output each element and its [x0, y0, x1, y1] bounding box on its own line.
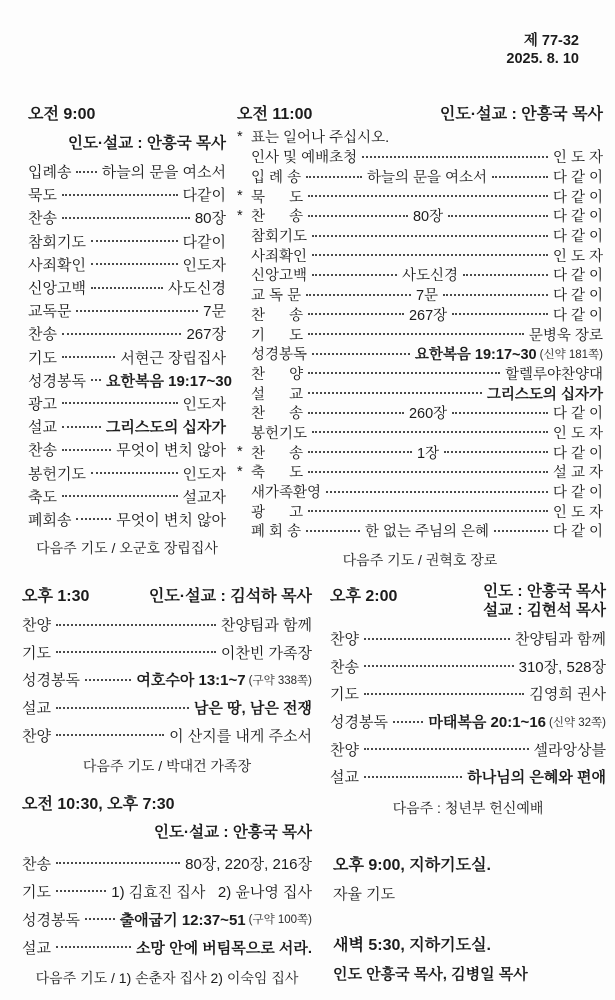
service-dawn: 새벽 5:30, 지하기도실. 인도 안흥국 목사, 김병일 목사: [333, 932, 613, 984]
order-row: *찬 송80장다 같 이: [237, 206, 603, 226]
order-item-label: 성경봉독: [22, 909, 80, 930]
order-item-label: 찬양: [330, 628, 359, 649]
order-item-value: 다 같 이: [553, 402, 603, 423]
dotted-leader: [393, 721, 423, 723]
dotted-leader: [76, 310, 198, 312]
order-item-value: 인 도 자: [553, 146, 603, 167]
dotted-leader: [306, 176, 362, 178]
order-row: 사죄확인인 도 자: [237, 245, 603, 265]
order-item-center: 1장: [417, 442, 439, 463]
order-row: 찬양찬양팀과 함께: [330, 625, 606, 653]
order-row: 찬송267장: [28, 322, 226, 345]
dotted-leader: [364, 748, 529, 750]
dotted-leader: [306, 294, 411, 296]
order-item-value: 할렐루야찬양대: [505, 363, 603, 384]
order-item-value: 다 같 이: [553, 225, 603, 246]
page-ref: (구약 100쪽): [249, 911, 312, 927]
order-item-label: 성경봉독: [330, 711, 388, 732]
order-item-center: 요한복음 19:17~30: [415, 343, 537, 364]
stand-note: * 표는 일어나 주십시오.: [237, 126, 603, 147]
page-ref: (신약 181쪽): [540, 346, 603, 362]
order-item-value: 남은 땅, 남은 전쟁: [194, 697, 312, 718]
order-item-label: 사죄확인: [28, 254, 86, 275]
service-pm9: 오후 9:00, 지하기도실. 자율 기도: [333, 852, 605, 904]
service-time: 오전 11:00: [237, 101, 312, 124]
order-row: 교독문7문: [28, 299, 226, 322]
order-row: 새가족환영다 같 이: [237, 482, 603, 502]
order-row: 기 도문병욱 장로: [237, 324, 603, 344]
order-row: 입 례 송하늘의 문을 여소서다 같 이: [237, 167, 603, 187]
order-item-label: 폐회송: [28, 509, 71, 530]
order-row: 설교하나님의 은혜와 편애: [330, 763, 606, 791]
order-row: 광고인도자: [28, 392, 226, 415]
order-item-value: 그리스도의 십자가: [106, 416, 226, 437]
order-item-value: 여호수아 13:1~7: [136, 669, 245, 690]
order-item-center: 7문: [416, 284, 438, 305]
order-item-value: 소망 안에 버팀목으로 서라.: [136, 937, 312, 958]
dotted-leader: [306, 530, 360, 532]
order-item-label: 설교: [28, 416, 57, 437]
order-row: 참회기도다같이: [28, 230, 226, 253]
dotted-leader: [76, 518, 111, 520]
dotted-leader: [312, 235, 548, 237]
dotted-leader: [56, 707, 189, 709]
order-item-value: 인 도 자: [553, 245, 603, 266]
dotted-leader: [308, 195, 548, 197]
dotted-leader: [364, 693, 524, 695]
order-item-value: 다 같 이: [553, 205, 603, 226]
issue-number: 제 77-32: [506, 32, 579, 50]
dotted-leader: [85, 679, 131, 681]
order-item-label: 봉헌기도: [251, 422, 307, 443]
star-mark: *: [237, 464, 251, 480]
order-item-value: 서현근 장립집사: [120, 347, 226, 368]
order-row: 기도김영희 권사: [330, 680, 606, 708]
order-row: 신앙고백사도신경: [28, 276, 226, 299]
star-mark: *: [237, 208, 251, 224]
order-item-value: 하나님의 은혜와 편애: [467, 766, 606, 787]
star-mark: *: [237, 444, 251, 460]
order-of-worship: 찬양찬양팀과 함께찬송310장, 528장기도김영희 권사성경봉독마태복음 20…: [330, 625, 606, 791]
order-item-value: 사도신경: [168, 277, 226, 298]
service-detail: 자율 기도: [333, 883, 605, 904]
dotted-leader: [463, 274, 548, 276]
service-am9: 오전 9:00 인도·설교 : 안흥국 목사 입례송하늘의 문을 여소서묵도다같…: [28, 101, 226, 558]
order-item-value: 7문: [203, 300, 226, 321]
next-week-note: 다음주 기도 / 1) 손춘자 집사 2) 이숙임 집사: [22, 968, 312, 988]
dotted-leader: [62, 402, 178, 404]
order-item-label: 찬송: [28, 207, 57, 228]
order-row: 찬양찬양팀과 함께: [22, 611, 312, 639]
order-item-center: 80장: [413, 205, 443, 226]
order-item-center: 한 없는 주님의 은혜: [365, 520, 489, 541]
order-item-label: 폐 회 송: [251, 520, 301, 541]
next-week-note: 다음주 기도 / 오군호 장립집사: [28, 538, 226, 558]
order-row: 설교그리스도의 십자가: [28, 415, 226, 438]
order-item-value: 이찬빈 가족장: [221, 642, 312, 663]
service-time: 오후 9:00, 지하기도실.: [333, 852, 605, 875]
star-mark: *: [237, 129, 251, 145]
order-row: 설교소망 안에 버팀목으로 서라.: [22, 933, 312, 961]
dotted-leader: [62, 449, 111, 451]
dotted-leader: [62, 356, 115, 358]
order-row: 찬송80장, 220장, 216장: [22, 849, 312, 877]
order-item-value: 김영희 권사: [529, 683, 606, 704]
order-item-label: 기 도: [251, 324, 303, 345]
order-item-label: 찬송: [22, 853, 51, 874]
dotted-leader: [62, 217, 190, 219]
order-row: 폐 회 송한 없는 주님의 은혜다 같 이: [237, 521, 603, 541]
order-item-label: 새가족환영: [251, 481, 321, 502]
order-item-label: 설 교: [251, 383, 303, 404]
order-item-value: 다 같 이: [553, 186, 603, 207]
next-week-note: 다음주 기도 / 박대건 가족장: [22, 756, 312, 776]
order-item-value: 80장, 220장, 216장: [185, 853, 312, 874]
order-row: 기도1) 김효진 집사 2) 윤나영 집사: [22, 877, 312, 905]
dotted-leader: [76, 171, 96, 173]
service-pm130: 오후 1:30 인도·설교 : 김석하 목사 찬양찬양팀과 함께기도이찬빈 가족…: [22, 583, 312, 776]
service-detail: 인도 안흥국 목사, 김병일 목사: [333, 963, 613, 984]
order-item-label: 찬송: [28, 439, 57, 460]
service-leader: 인도·설교 : 안흥국 목사: [28, 131, 226, 153]
order-item-label: 묵도: [28, 184, 57, 205]
dotted-leader: [308, 333, 524, 335]
order-item-value: 마태복음 20:1~16: [428, 711, 546, 732]
dotted-leader: [85, 918, 115, 920]
order-item-value: 인도자: [183, 463, 226, 484]
order-row: *묵 도다 같 이: [237, 186, 603, 206]
order-item-label: 기도: [330, 683, 359, 704]
order-item-value: 무엇이 변치 않아: [116, 439, 226, 460]
order-item-label: 찬양: [22, 614, 51, 635]
dotted-leader: [312, 353, 410, 355]
order-item-value: 다 같 이: [553, 442, 603, 463]
order-item-label: 신앙고백: [251, 264, 307, 285]
order-item-label: 사죄확인: [251, 245, 307, 266]
order-item-label: 참회기도: [251, 225, 307, 246]
order-row: 묵도다같이: [28, 183, 226, 206]
order-row: 찬송무엇이 변치 않아: [28, 438, 226, 461]
order-item-label: 광 고: [251, 501, 303, 522]
order-item-value: 찬양팀과 함께: [221, 614, 312, 635]
order-item-value: 셀라앙상블: [534, 739, 606, 760]
dotted-leader: [56, 624, 216, 626]
dotted-leader: [448, 215, 548, 217]
order-item-label: 찬 송: [251, 402, 303, 423]
order-item-value: 인 도 자: [553, 501, 603, 522]
order-item-label: 설교: [22, 937, 51, 958]
order-item-value: 인도자: [183, 254, 226, 275]
dotted-leader: [308, 451, 412, 453]
dotted-leader: [56, 946, 131, 948]
order-row: 축도설교자: [28, 485, 226, 508]
service-preacher: 설교 : 김현석 목사: [483, 602, 606, 621]
order-item-center: 260장: [409, 402, 447, 423]
dotted-leader: [452, 412, 548, 414]
order-item-value: 1) 김효진 집사 2) 윤나영 집사: [111, 881, 312, 902]
order-row: 광 고인 도 자: [237, 501, 603, 521]
order-row: 봉헌기도인 도 자: [237, 423, 603, 443]
order-row: 설교남은 땅, 남은 전쟁: [22, 694, 312, 722]
service-time: 오후 1:30: [22, 583, 89, 606]
order-item-center: 하늘의 문을 여소서: [367, 166, 487, 187]
order-item-value: 문병욱 장로: [529, 324, 603, 345]
order-row: 설 교그리스도의 십자가: [237, 383, 603, 403]
order-row: 찬 송267장다 같 이: [237, 305, 603, 325]
order-item-label: 찬양: [22, 725, 51, 746]
order-item-label: 축 도: [251, 461, 303, 482]
dotted-leader: [91, 472, 178, 474]
order-item-value: 다같이: [183, 231, 226, 252]
order-item-value: 310장, 528장: [519, 656, 606, 677]
dotted-leader: [326, 491, 548, 493]
order-item-value: 하늘의 문을 여소서: [102, 161, 226, 182]
service-time: 오전 10:30, 오후 7:30: [22, 791, 312, 814]
order-item-value: 무엇이 변치 않아: [116, 509, 226, 530]
order-of-worship: 입례송하늘의 문을 여소서묵도다같이찬송80장참회기도다같이사죄확인인도자신앙고…: [28, 160, 226, 531]
order-row: 성경봉독마태복음 20:1~16(신약 32쪽): [330, 708, 606, 736]
next-week-note: 다음주 : 청년부 헌신예배: [330, 798, 606, 818]
order-item-value: 80장: [195, 207, 226, 228]
order-row: 성경봉독요한복음 19:17~30(신약 181쪽): [237, 344, 603, 364]
order-item-value: 그리스도의 십자가: [487, 383, 603, 404]
order-item-label: 찬송: [28, 323, 57, 344]
order-item-label: 성경봉독: [251, 343, 307, 364]
order-item-label: 찬 송: [251, 205, 303, 226]
service-time: 오후 2:00: [330, 583, 397, 606]
order-row: 성경봉독여호수아 13:1~7(구약 338쪽): [22, 666, 312, 694]
service-time: 오전 9:00: [28, 101, 226, 124]
order-row: *축 도설 교 자: [237, 462, 603, 482]
order-item-label: 교 독 문: [251, 284, 301, 305]
order-row: 기도이찬빈 가족장: [22, 639, 312, 667]
order-item-label: 인사 및 예배초청: [251, 146, 357, 167]
dotted-leader: [312, 254, 548, 256]
page-ref: (신약 32쪽): [549, 714, 606, 730]
order-row: 찬 양할렐루야찬양대: [237, 364, 603, 384]
order-row: *찬 송1장다 같 이: [237, 442, 603, 462]
order-item-label: 기도: [28, 347, 57, 368]
dotted-leader: [56, 890, 106, 892]
dotted-leader: [308, 510, 548, 512]
dotted-leader: [312, 431, 548, 433]
stand-note-text: 표는 일어나 주십시오.: [251, 126, 389, 147]
order-row: 성경봉독출애굽기 12:37~51(구약 100쪽): [22, 905, 312, 933]
next-week-note: 다음주 기도 / 권혁호 장로: [237, 550, 603, 570]
order-row: 찬 송260장다 같 이: [237, 403, 603, 423]
dotted-leader: [62, 426, 101, 428]
order-row: 기도서현근 장립집사: [28, 346, 226, 369]
dotted-leader: [56, 651, 216, 653]
order-item-label: 설교: [22, 697, 51, 718]
dotted-leader: [56, 862, 180, 864]
order-item-value: 인 도 자: [553, 422, 603, 443]
service-leader: 인도·설교 : 안흥국 목사: [440, 101, 603, 124]
order-item-value: 다 같 이: [553, 481, 603, 502]
order-item-label: 찬양: [330, 739, 359, 760]
order-item-value: 267장: [186, 323, 226, 344]
order-item-label: 교독문: [28, 300, 71, 321]
dotted-leader: [56, 734, 164, 736]
dotted-leader: [494, 530, 548, 532]
dotted-leader: [62, 333, 181, 335]
order-of-worship: 인사 및 예배초청인 도 자입 례 송하늘의 문을 여소서다 같 이*묵 도다 …: [237, 147, 603, 541]
order-item-label: 신앙고백: [28, 277, 86, 298]
dotted-leader: [492, 176, 548, 178]
service-leader: 인도 : 안흥국 목사: [483, 583, 606, 602]
order-row: 사죄확인인도자: [28, 253, 226, 276]
order-row: 찬양셀라앙상블: [330, 735, 606, 763]
order-row: 신앙고백사도신경다 같 이: [237, 265, 603, 285]
dotted-leader: [62, 194, 178, 196]
order-item-value: 출애굽기 12:37~51: [120, 909, 246, 930]
order-item-label: 설교: [330, 766, 359, 787]
dotted-leader: [308, 372, 500, 374]
dotted-leader: [364, 776, 462, 778]
order-item-label: 성경봉독: [22, 669, 80, 690]
order-row: 찬양이 산지를 내게 주소서: [22, 721, 312, 749]
order-item-label: 입례송: [28, 161, 71, 182]
dotted-leader: [364, 665, 514, 667]
order-item-center: 사도신경: [402, 264, 458, 285]
order-item-label: 찬 송: [251, 442, 303, 463]
order-item-label: 광고: [28, 393, 57, 414]
dotted-leader: [308, 313, 404, 315]
order-item-label: 성경봉독: [28, 370, 86, 391]
service-am1030: 오전 10:30, 오후 7:30 인도·설교 : 안흥국 목사 찬송80장, …: [22, 791, 312, 988]
order-row: 찬송80장: [28, 206, 226, 229]
order-row: 찬송310장, 528장: [330, 653, 606, 681]
order-row: 봉헌기도인도자: [28, 461, 226, 484]
service-leaders: 인도 : 안흥국 목사 설교 : 김현석 목사: [483, 583, 606, 620]
order-item-label: 참회기도: [28, 231, 86, 252]
dotted-leader: [452, 313, 548, 315]
order-row: 입례송하늘의 문을 여소서: [28, 160, 226, 183]
order-item-value: 다 같 이: [553, 166, 603, 187]
order-item-label: 묵 도: [251, 186, 303, 207]
order-item-label: 찬송: [330, 656, 359, 677]
service-pm2: 오후 2:00 인도 : 안흥국 목사 설교 : 김현석 목사 찬양찬양팀과 함…: [330, 583, 606, 818]
dotted-leader: [91, 287, 163, 289]
order-row: 교 독 문7문다 같 이: [237, 285, 603, 305]
order-item-label: 찬 송: [251, 304, 303, 325]
order-item-label: 축도: [28, 486, 57, 507]
order-item-center: 267장: [409, 304, 447, 325]
service-leader: 인도·설교 : 안흥국 목사: [22, 820, 312, 842]
dotted-leader: [308, 392, 482, 394]
dotted-leader: [91, 379, 101, 381]
bulletin-header: 제 77-32 2025. 8. 10: [506, 32, 579, 68]
order-item-label: 기도: [22, 881, 51, 902]
service-leader: 인도·설교 : 김석하 목사: [149, 583, 312, 606]
order-item-value: 설교자: [183, 486, 226, 507]
dotted-leader: [91, 240, 178, 242]
order-item-label: 기도: [22, 642, 51, 663]
dotted-leader: [364, 638, 510, 640]
order-of-worship: 찬송80장, 220장, 216장기도1) 김효진 집사 2) 윤나영 집사성경…: [22, 849, 312, 961]
service-time: 새벽 5:30, 지하기도실.: [333, 932, 613, 955]
order-item-value: 인도자: [183, 393, 226, 414]
order-row: 성경봉독요한복음 19:17~30: [28, 369, 226, 392]
dotted-leader: [362, 156, 548, 158]
order-row: 참회기도다 같 이: [237, 226, 603, 246]
order-item-label: 입 례 송: [251, 166, 301, 187]
dotted-leader: [312, 274, 397, 276]
order-item-label: 봉헌기도: [28, 463, 86, 484]
order-item-value: 다 같 이: [553, 304, 603, 325]
order-item-value: 찬양팀과 함께: [515, 628, 606, 649]
order-row: 인사 및 예배초청인 도 자: [237, 147, 603, 167]
order-item-value: 요한복음 19:17~30: [106, 370, 232, 391]
order-item-value: 다 같 이: [553, 264, 603, 285]
order-item-value: 이 산지를 내게 주소서: [169, 725, 312, 746]
order-row: 폐회송무엇이 변치 않아: [28, 508, 226, 531]
order-of-worship: 찬양찬양팀과 함께기도이찬빈 가족장성경봉독여호수아 13:1~7(구약 338…: [22, 611, 312, 749]
dotted-leader: [62, 495, 178, 497]
page-ref: (구약 338쪽): [249, 672, 312, 688]
dotted-leader: [444, 451, 548, 453]
service-am11: 오전 11:00 인도·설교 : 안흥국 목사 * 표는 일어나 주십시오. 인…: [237, 101, 603, 570]
order-item-value: 다같이: [183, 184, 226, 205]
order-item-label: 찬 양: [251, 363, 303, 384]
dotted-leader: [308, 412, 404, 414]
order-item-value: 다 같 이: [553, 284, 603, 305]
star-mark: *: [237, 188, 251, 204]
order-item-value: 설 교 자: [553, 461, 603, 482]
dotted-leader: [91, 263, 178, 265]
dotted-leader: [443, 294, 548, 296]
dotted-leader: [308, 471, 548, 473]
bulletin-page: 제 77-32 2025. 8. 10 오전 9:00 인도·설교 : 안흥국 …: [0, 0, 615, 1000]
dotted-leader: [308, 215, 408, 217]
order-item-value: 다 같 이: [553, 520, 603, 541]
bulletin-date: 2025. 8. 10: [506, 50, 579, 68]
